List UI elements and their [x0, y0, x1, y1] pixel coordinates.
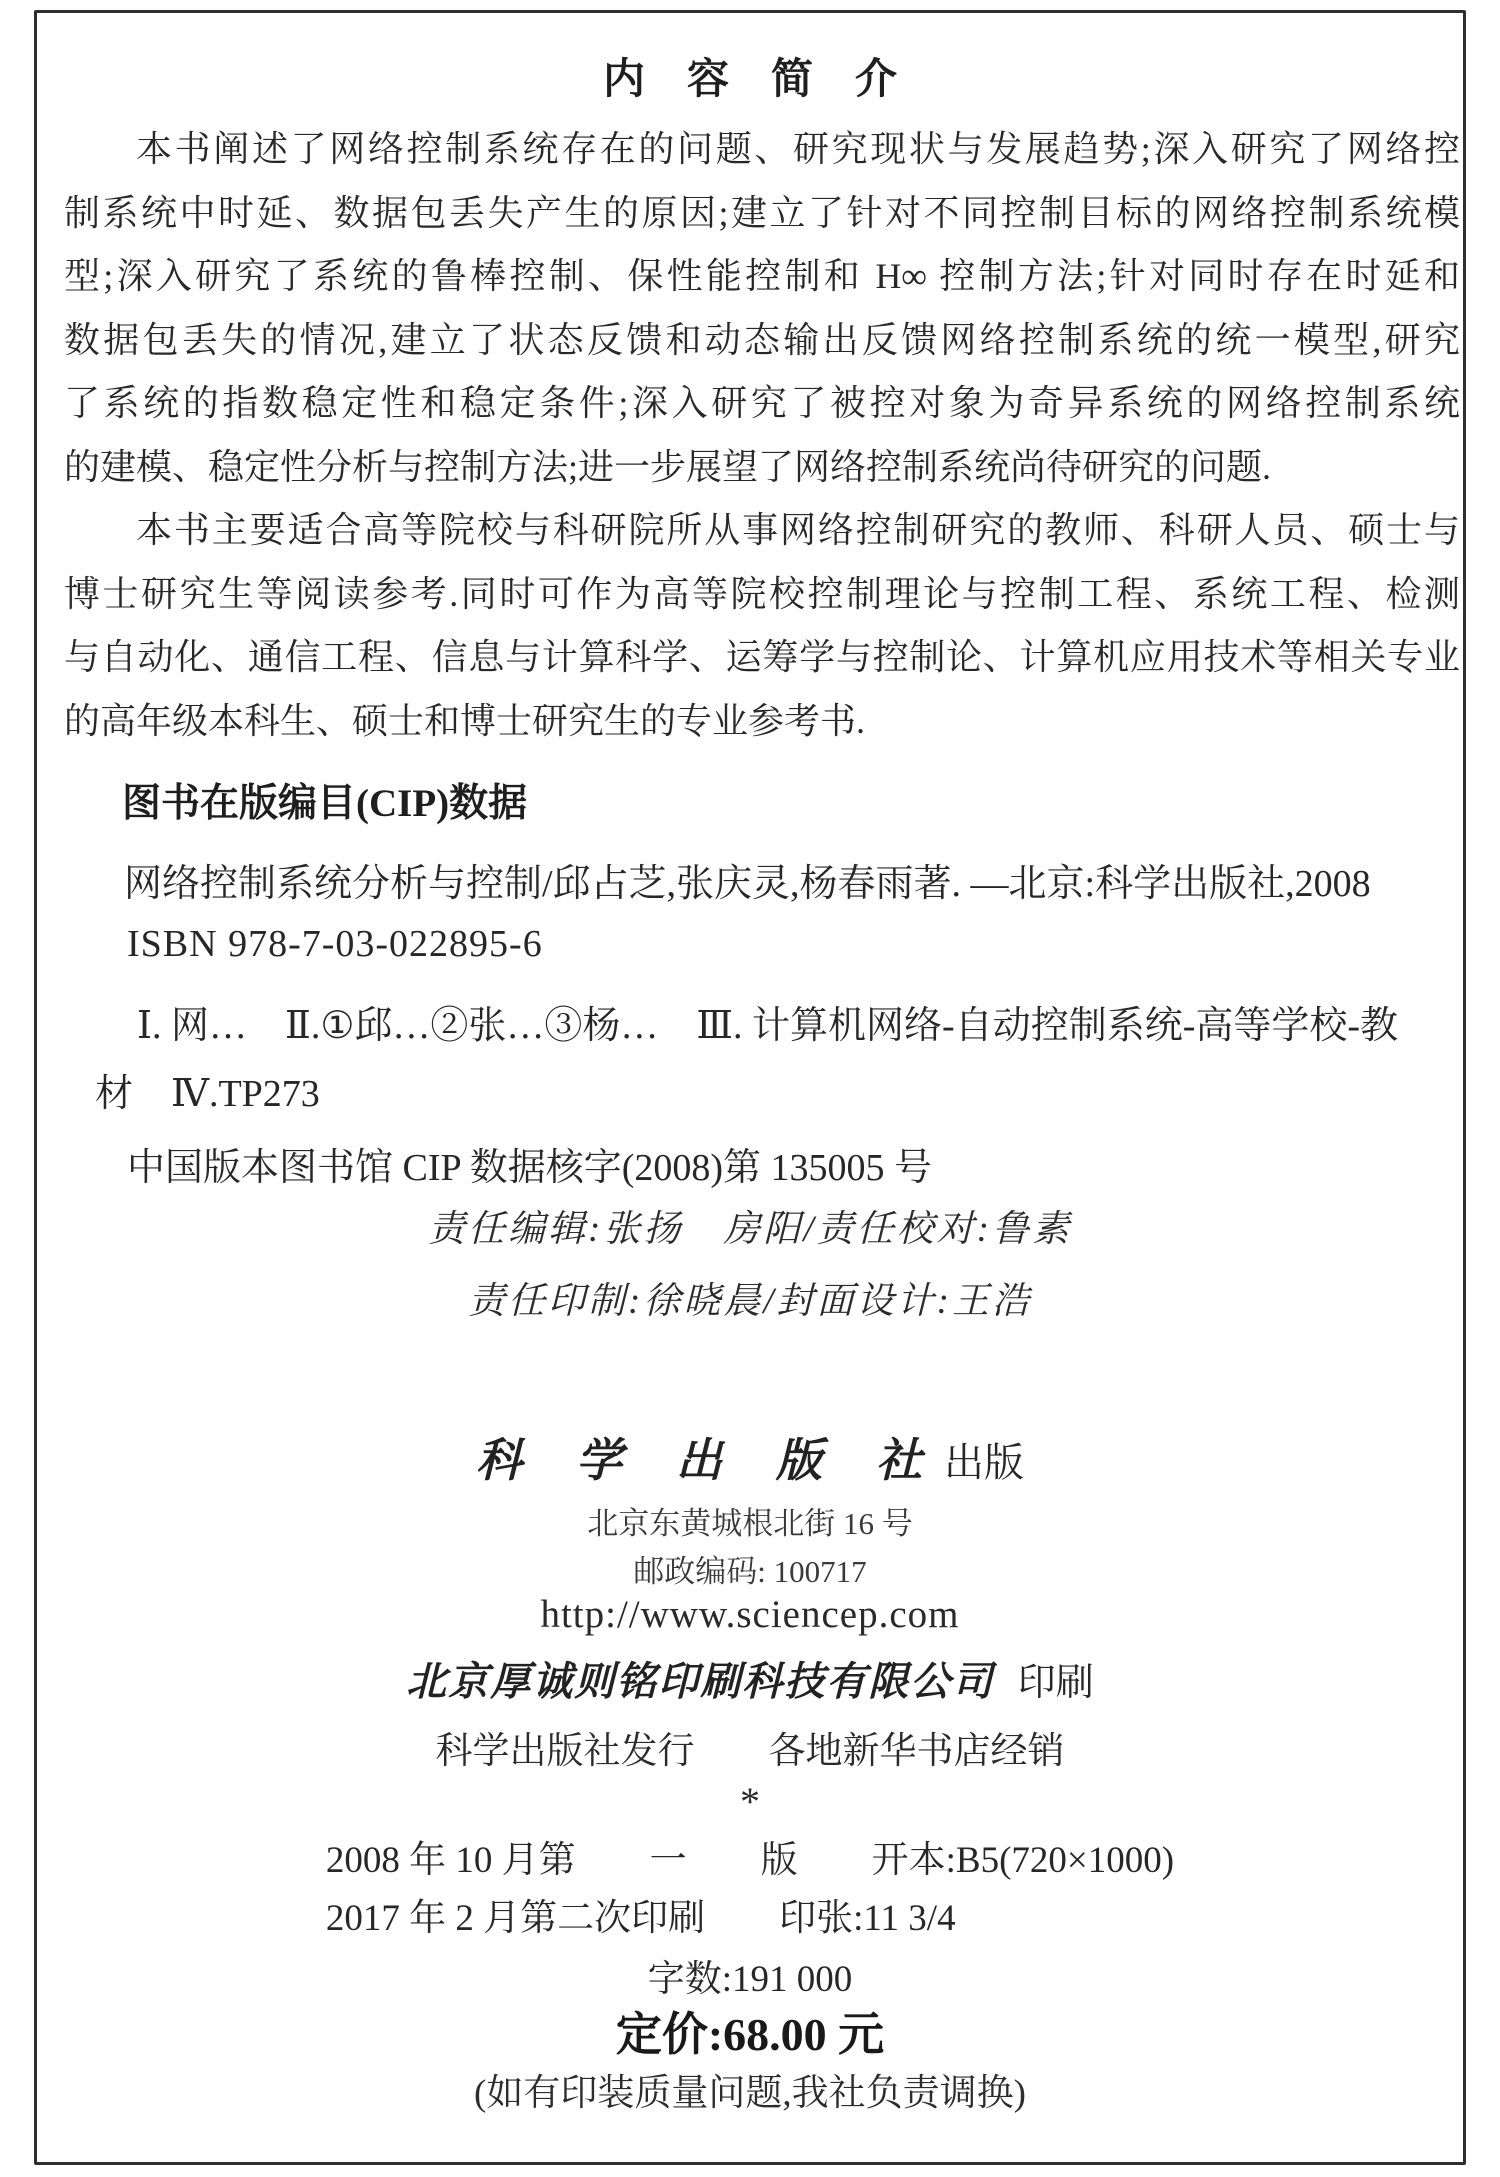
exchange-note-line: (如有印装质量问题,我社负责调换) — [0, 2062, 1500, 2116]
printing-line: 2017 年 2 月第二次印刷 印张:11 3/4 — [326, 1890, 1174, 1948]
publisher-imprint-line: 科 学 出 版 社 出版 — [0, 1424, 1500, 1490]
summary-line: 型;深入研究了系统的鲁棒控制、保性能控制和 H∞ 控制方法;针对同时存在时延和 — [64, 245, 1460, 309]
printer-line: 北京厚诚则铭印刷科技有限公司 印刷 — [0, 1650, 1500, 1707]
cip-classification-line-1: Ⅰ. 网… Ⅱ.①邱…②张…③杨… Ⅲ. 计算机网络-自动控制系统-高等学校-教 — [137, 994, 1398, 1049]
price-line: 定价:68.00 元 — [0, 1998, 1500, 2064]
asterisk-divider: * — [0, 1778, 1500, 1825]
cip-heading: 图书在版编目(CIP)数据 — [122, 772, 527, 828]
publisher-address: 北京东黄城根北街 16 号 — [0, 1498, 1500, 1543]
editor-credit-line: 责任编辑:张扬 房阳/责任校对:鲁素 — [0, 1198, 1500, 1252]
edition-column: 2008 年 10 月第 一 版 开本:B5(720×1000) 2017 年 … — [326, 1832, 1174, 1948]
summary-line: 博士研究生等阅读参考.同时可作为高等院校控制理论与控制工程、系统工程、检测 — [64, 563, 1460, 627]
publisher-imprint-suffix: 出版 — [944, 1440, 1024, 1485]
content-summary: 本书阐述了网络控制系统存在的问题、研究现状与发展趋势;深入研究了网络控 制系统中… — [64, 118, 1460, 753]
print-design-credit-line: 责任印制:徐晓晨/封面设计:王浩 — [0, 1270, 1500, 1324]
summary-line: 本书主要适合高等院校与科研院所从事网络控制研究的教师、科研人员、硕士与 — [64, 499, 1460, 563]
printer-suffix: 印刷 — [1018, 1662, 1094, 1704]
summary-line: 的建模、稳定性分析与控制方法;进一步展望了网络控制系统尚待研究的问题. — [64, 436, 1460, 500]
cip-classification-line-2: 材 Ⅳ.TP273 — [95, 1062, 320, 1117]
distribution-line: 科学出版社发行 各地新华书店经销 — [0, 1720, 1500, 1774]
publisher-postcode: 邮政编码: 100717 — [0, 1546, 1500, 1591]
edition-block: 2008 年 10 月第 一 版 开本:B5(720×1000) 2017 年 … — [0, 1832, 1500, 1948]
summary-line: 了系统的指数稳定性和稳定条件;深入研究了被控对象为奇异系统的网络控制系统 — [64, 372, 1460, 436]
summary-line: 本书阐述了网络控制系统存在的问题、研究现状与发展趋势;深入研究了网络控 — [64, 118, 1460, 182]
printer-name-script: 北京厚诚则铭印刷科技有限公司 — [406, 1659, 994, 1704]
publisher-name-script: 科 学 出 版 社 — [476, 1435, 926, 1486]
word-count-line: 字数:191 000 — [0, 1948, 1500, 2002]
publisher-website: http://www.sciencep.com — [0, 1592, 1500, 1637]
summary-line: 与自动化、通信工程、信息与计算科学、运筹学与控制论、计算机应用技术等相关专业 — [64, 626, 1460, 690]
copyright-page: 内 容 简 介 本书阐述了网络控制系统存在的问题、研究现状与发展趋势;深入研究了… — [0, 0, 1500, 2177]
summary-line: 数据包丢失的情况,建立了状态反馈和动态输出反馈网络控制系统的统一模型,研究 — [64, 309, 1460, 373]
cip-isbn-line: ISBN 978-7-03-022895-6 — [127, 922, 543, 966]
cip-catalog-line: 网络控制系统分析与控制/邱占芝,张庆灵,杨春雨著. —北京:科学出版社,2008 — [124, 852, 1371, 907]
summary-line: 制系统中时延、数据包丢失产生的原因;建立了针对不同控制目标的网络控制系统模 — [64, 182, 1460, 246]
cip-registry-line: 中国版本图书馆 CIP 数据核字(2008)第 135005 号 — [127, 1136, 932, 1191]
summary-line: 的高年级本科生、硕士和博士研究生的专业参考书. — [64, 690, 1460, 754]
page-title: 内 容 简 介 — [0, 46, 1500, 106]
edition-line: 2008 年 10 月第 一 版 开本:B5(720×1000) — [326, 1832, 1174, 1890]
